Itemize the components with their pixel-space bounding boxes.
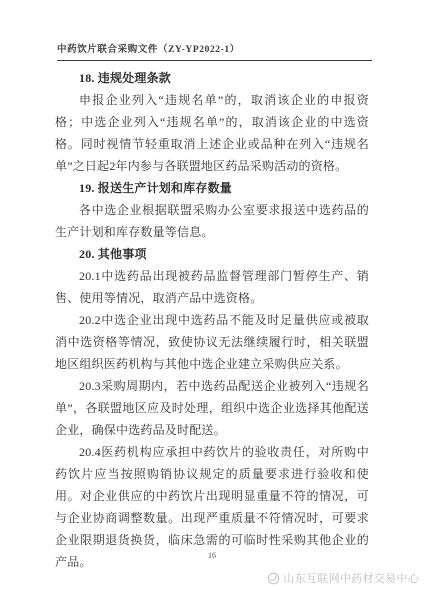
section-heading-18: 18. 违规处理条款 [55,67,369,89]
paragraph-18-1: 申报企业列入“违规名单”的，取消该企业的申报资格；中选企业列入“违规名单”的，取… [55,89,369,177]
watermark: 山东互联网中药材交易中心 [267,570,419,586]
paragraph-19-1: 各中选企业根据联盟采购办公室要求报送中选药品的生产计划和库存数量等信息。 [55,199,369,243]
paragraph-20-1: 20.1中选药品出现被药品监督管理部门暂停生产、销售、使用等情况，取消产品中选资… [55,265,369,309]
document-page: 中药饮片联合采购文件（ZY-YP2022-1） 18. 违规处理条款 申报企业列… [0,0,424,600]
paragraph-20-2: 20.2中选企业出现中选药品不能及时足量供应或被取消中选资格等情况，致使协议无法… [55,309,369,375]
swirl-logo-icon [267,572,280,585]
paragraph-20-3: 20.3采购周期内，若中选药品配送企业被列入“违规名单”，各联盟地区应及时处理，… [55,375,369,441]
page-header: 中药饮片联合采购文件（ZY-YP2022-1） [57,39,372,61]
watermark-text: 山东互联网中药材交易中心 [283,570,419,586]
page-number: 16 [0,551,424,560]
document-body: 18. 违规处理条款 申报企业列入“违规名单”的，取消该企业的申报资格；中选企业… [55,67,369,573]
section-heading-20: 20. 其他事项 [55,243,369,265]
document-title: 中药饮片联合采购文件（ZY-YP2022-1） [57,45,240,55]
section-heading-19: 19. 报送生产计划和库存数量 [55,177,369,199]
